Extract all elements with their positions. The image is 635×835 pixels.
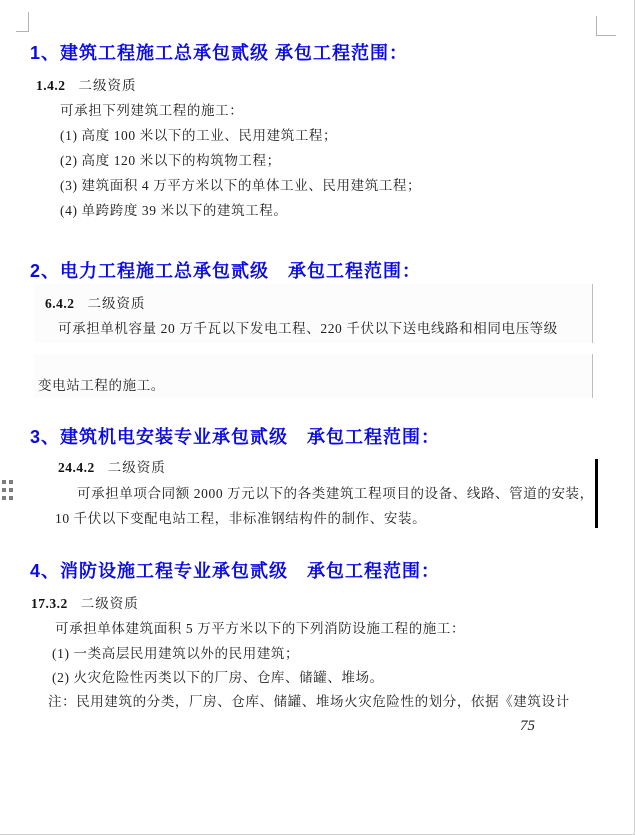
clause-label: 二级资质 bbox=[79, 78, 137, 93]
section-3-heading: 3、建筑机电安装专业承包贰级 承包工程范围： bbox=[30, 427, 440, 447]
section-1-clause: 1.4.2二级资质 bbox=[36, 78, 137, 93]
page-number: 75 bbox=[520, 718, 535, 735]
section-4-heading: 4、消防设施工程专业承包贰级 承包工程范围： bbox=[30, 561, 440, 581]
clause-number: 1.4.2 bbox=[36, 78, 66, 93]
clause-number: 17.3.2 bbox=[31, 596, 68, 611]
doc-line: (2) 火灾危险性丙类以下的厂房、仓库、储罐、堆场。 bbox=[52, 670, 384, 686]
margin-corner-mark-top-right bbox=[596, 35, 616, 36]
clause-label: 二级资质 bbox=[108, 460, 166, 475]
doc-line: 10 千伏以下变配电站工程，非标准钢结构件的制作、安装。 bbox=[55, 511, 426, 527]
margin-corner-mark-top-right bbox=[596, 16, 597, 36]
section-1-heading: 1、建筑工程施工总承包贰级 承包工程范围： bbox=[30, 43, 408, 63]
doc-line: 可承担单体建筑面积 5 万平方米以下的下列消防设施工程的施工： bbox=[55, 621, 465, 637]
clause-number: 6.4.2 bbox=[45, 296, 75, 311]
section-2-heading: 2、电力工程施工总承包贰级 承包工程范围： bbox=[30, 261, 421, 281]
document-page: 1、建筑工程施工总承包贰级 承包工程范围： 1.4.2二级资质 可承担下列建筑工… bbox=[0, 0, 635, 835]
doc-line: 注：民用建筑的分类，厂房、仓库、储罐、堆场火灾危险性的划分，依据《建筑设计 bbox=[48, 694, 570, 710]
section-3-clause: 24.4.2二级资质 bbox=[58, 460, 166, 475]
doc-line: (1) 高度 100 米以下的工业、民用建筑工程； bbox=[60, 128, 337, 144]
doc-line: (1) 一类高层民用建筑以外的民用建筑； bbox=[52, 646, 299, 662]
doc-line: 可承担下列建筑工程的施工： bbox=[60, 103, 243, 119]
doc-line: 变电站工程的施工。 bbox=[38, 378, 165, 394]
section-4-clause: 17.3.2二级资质 bbox=[31, 596, 139, 611]
clause-label: 二级资质 bbox=[81, 596, 139, 611]
doc-line: (4) 单跨跨度 39 米以下的建筑工程。 bbox=[60, 203, 287, 219]
clause-label: 二级资质 bbox=[88, 296, 146, 311]
margin-corner-mark-top-left bbox=[28, 12, 29, 32]
vertical-bar-artifact bbox=[595, 459, 598, 528]
doc-line: (3) 建筑面积 4 万平方米以下的单体工业、民用建筑工程； bbox=[60, 178, 421, 194]
doc-line: 可承担单项合同额 2000 万元以下的各类建筑工程项目的设备、线路、管道的安装， bbox=[77, 486, 594, 502]
doc-line: 可承担单机容量 20 万千瓦以下发电工程、220 千伏以下送电线路和相同电压等级 bbox=[58, 321, 558, 337]
doc-line: (2) 高度 120 米以下的构筑物工程； bbox=[60, 153, 281, 169]
drag-handle-icon[interactable] bbox=[2, 480, 14, 501]
clause-number: 24.4.2 bbox=[58, 460, 95, 475]
section-2-clause: 6.4.2二级资质 bbox=[45, 296, 146, 311]
margin-corner-mark-top-left bbox=[16, 31, 29, 32]
